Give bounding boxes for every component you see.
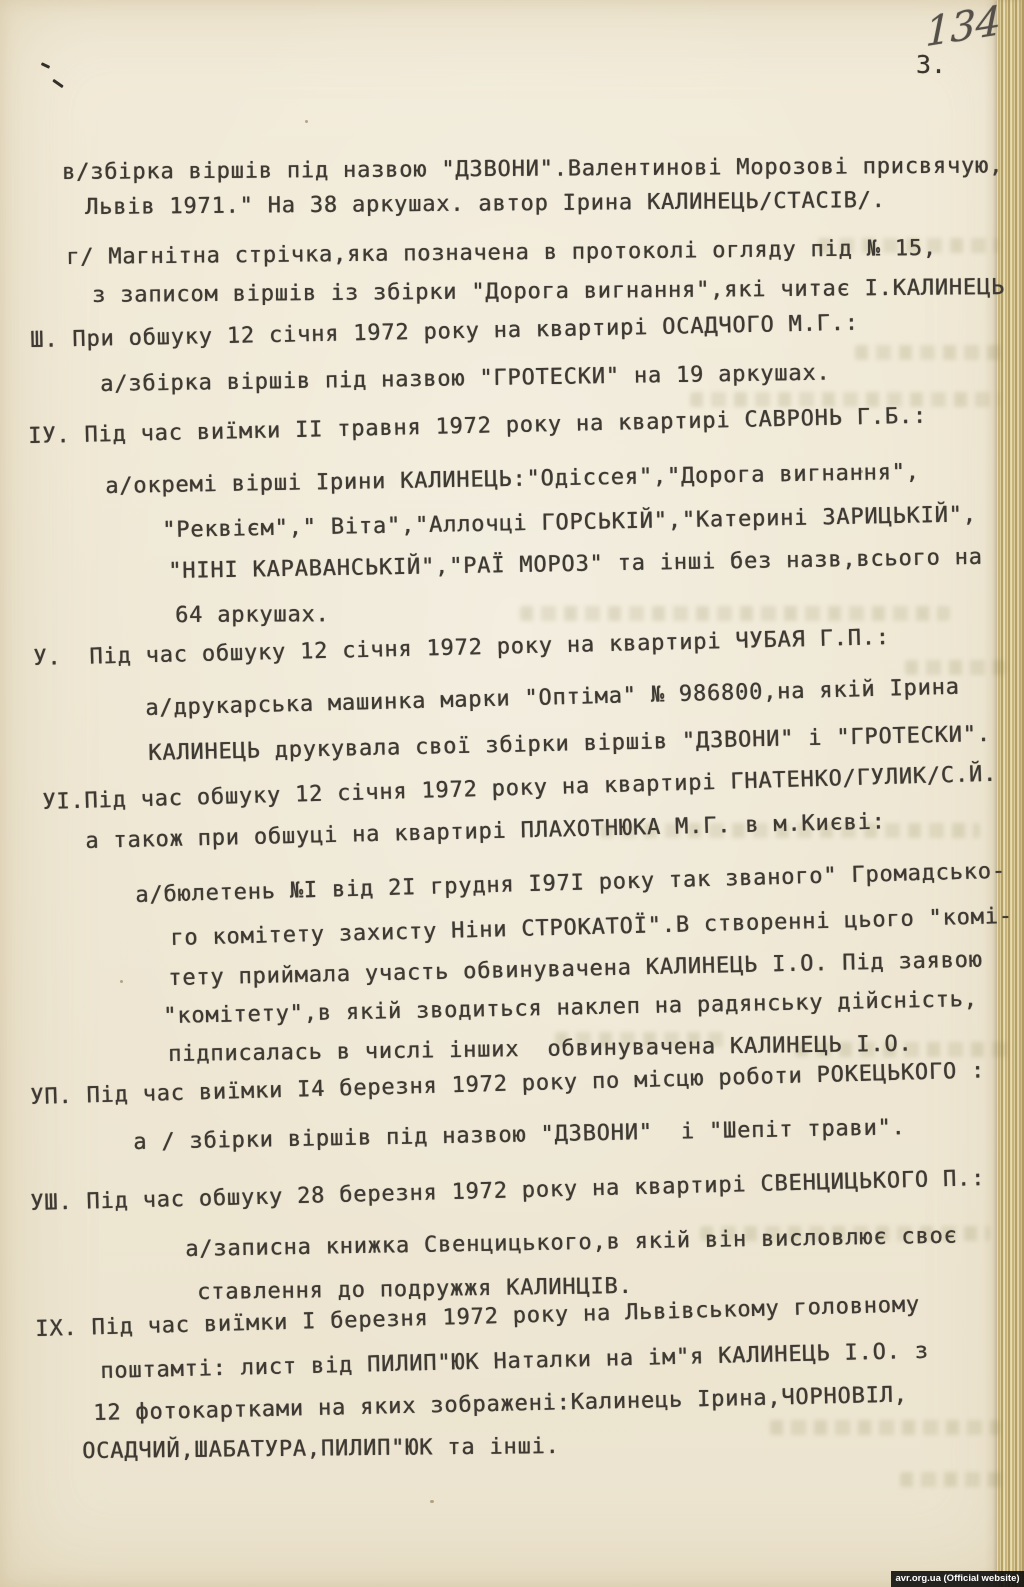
document-line: ОСАДЧИЙ,ШАБАТУРА,ПИЛИП"ЮК та інші.	[82, 1434, 560, 1465]
document-page: 134 3. в/збірка віршів під назвою "ДЗВОН…	[0, 0, 1024, 1587]
document-line: Ш. При обшуку 12 січня 1972 року на квар…	[30, 311, 859, 354]
document-line: "Реквієм"," Віта","Аллочці ГОРСЬКІЙ","Ка…	[162, 502, 977, 544]
ink-speck	[41, 62, 50, 69]
document-line: У. Під час обшуку 12 січня 1972 року на …	[33, 625, 890, 672]
bleedthrough-mark	[520, 606, 950, 621]
ink-speck	[52, 79, 64, 88]
bleedthrough-mark	[905, 660, 1005, 675]
document-line: ІУ. Під час виїмки ІІ травня 1972 року н…	[28, 404, 927, 450]
paper-speck	[120, 980, 123, 983]
document-line: "НІНІ КАРАВАНСЬКІЙ","РАЇ МОРОЗ" та інші …	[168, 545, 983, 585]
bleedthrough-mark	[770, 1420, 1000, 1435]
document-line: а/окремі вірші Ірини КАЛИНЕЦЬ:"Одіссея",…	[105, 460, 920, 500]
document-line: Львів 1971." На 38 аркушах. автор Ірина …	[85, 188, 886, 221]
document-line: 64 аркушах.	[175, 602, 330, 629]
document-line: тету приймала участь обвинувачена КАЛИНЕ…	[168, 948, 983, 992]
document-line: в/збірка віршів під назвою "ДЗВОНИ".Вале…	[62, 153, 1003, 186]
paper-speck	[430, 1500, 434, 1503]
book-binding-edge	[997, 0, 1024, 1587]
document-line: КАЛИНЕЦЬ друкувала свої збірки віршів "Д…	[148, 722, 991, 767]
document-line: г/ Магнітна стрічка,яка позначена в прот…	[66, 236, 937, 271]
typed-page-number: 3.	[916, 50, 946, 79]
document-line: УІ.Під час обшуку 12 січня 1972 року на …	[42, 762, 997, 816]
document-line: з записом віршів із збірки "Дорога вигна…	[92, 275, 1005, 309]
document-line: а/записна книжка Свенцицького,в якій він…	[185, 1224, 958, 1263]
bleedthrough-mark	[900, 1472, 1005, 1487]
paper-speck	[305, 120, 308, 123]
source-watermark: avr.org.ua (Official website)	[891, 1571, 1024, 1587]
document-line: а / збірки віршів під назвою "ДЗВОНИ" і …	[133, 1115, 906, 1156]
document-line: а/бюлетень №І від 2І грудня І97І року та…	[135, 859, 1006, 909]
document-line: а також при обшуці на квартирі ПЛАХОТНЮК…	[85, 809, 886, 855]
document-line: УШ. Під час обшуку 28 березня 1972 року …	[30, 1166, 985, 1217]
document-line: "комітету",в якій зводиться наклеп на ра…	[163, 987, 978, 1030]
document-line: го комітету захисту Ніни СТРОКАТОЇ".В ст…	[170, 904, 1013, 952]
document-line: а/друкарська машинка марки "Оптіма" № 98…	[145, 675, 960, 722]
bleedthrough-mark	[855, 345, 1005, 360]
document-line: поштамті: лист від ПИЛИП"ЮК Наталки на і…	[100, 1339, 929, 1385]
